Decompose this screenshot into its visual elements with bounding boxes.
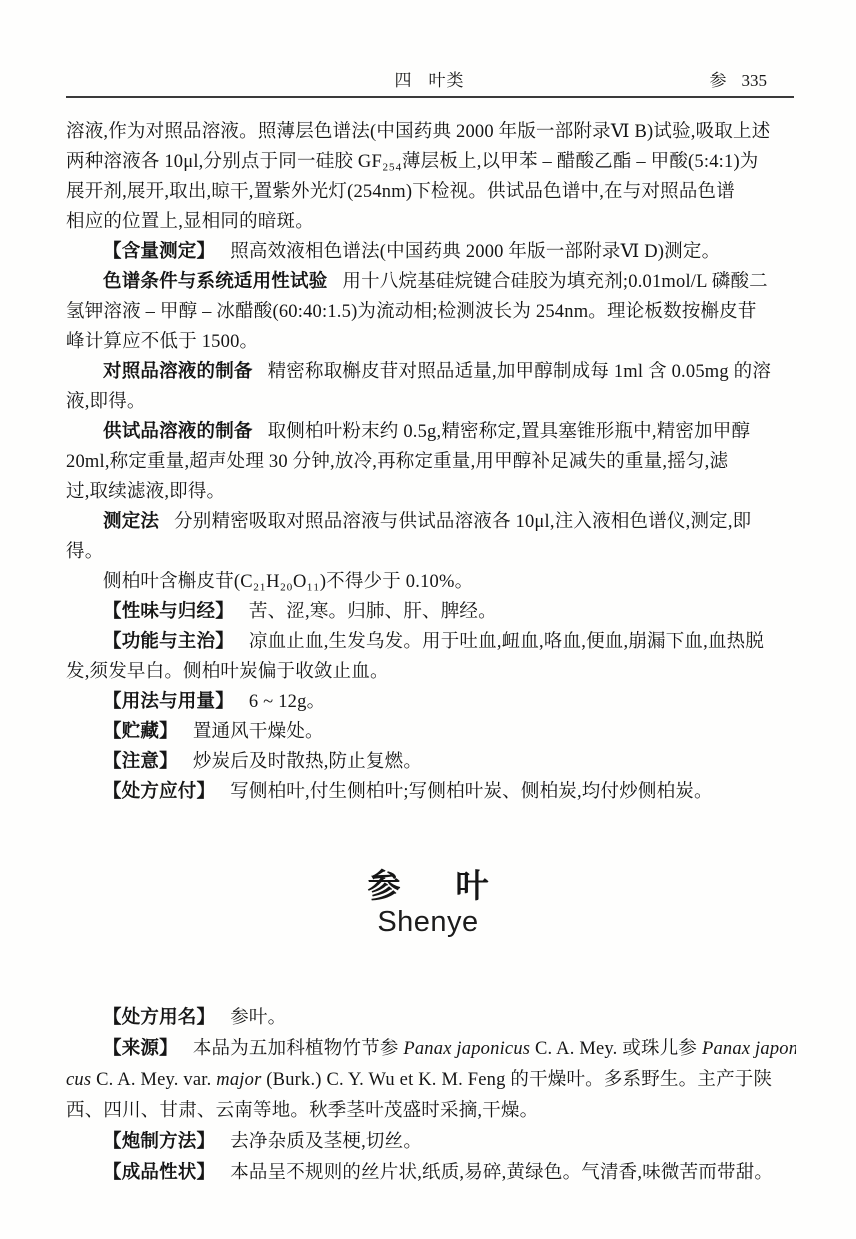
term-label: 【功能与主治】 [103, 632, 234, 652]
text-line: 【来源】本品为五加科植物竹节参 Panax japonicus C. A. Me… [66, 1034, 796, 1065]
text-segment: 西、四川、甘肃、云南等地。秋季茎叶茂盛时采摘,干燥。 [66, 1101, 538, 1121]
page-header-right: 参335 [710, 66, 768, 91]
text-line: 侧柏叶含槲皮苷(C₂₁H₂₀O₁₁)不得少于 0.10%。 [66, 567, 796, 597]
text-line: 氢钾溶液 – 甲醇 – 冰醋酸(60:40:1.5)为流动相;检测波长为 254… [66, 297, 796, 327]
text-line: 20ml,称定重量,超声处理 30 分钟,放冷,再称定重量,用甲醇补足减失的重量… [66, 447, 796, 477]
text-segment: cus [66, 1070, 91, 1090]
scanned-book-page: 四叶类 参335 溶液,作为对照品溶液。照薄层色谱法(中国药典 2000 年版一… [0, 0, 856, 1239]
text-line: 【成品性状】本品呈不规则的丝片状,纸质,易碎,黄绿色。气清香,味微苦而带甜。 [66, 1158, 796, 1189]
text-line: 【贮藏】置通风干燥处。 [66, 717, 796, 747]
text-segment: 凉血止血,生发乌发。用于吐血,衄血,咯血,便血,崩漏下血,血热脱 [249, 632, 764, 652]
text-segment: C. A. Mey. 或珠儿参 [530, 1039, 702, 1059]
text-line: 溶液,作为对照品溶液。照薄层色谱法(中国药典 2000 年版一部附录Ⅵ B)试验… [66, 117, 796, 147]
text-line: 西、四川、甘肃、云南等地。秋季茎叶茂盛时采摘,干燥。 [66, 1096, 796, 1127]
text-segment: 本品呈不规则的丝片状,纸质,易碎,黄绿色。气清香,味微苦而带甜。 [230, 1163, 773, 1183]
text-segment: 参叶。 [230, 1008, 286, 1028]
text-segment: 写侧柏叶,付生侧柏叶;写侧柏叶炭、侧柏炭,均付炒侧柏炭。 [230, 782, 713, 802]
text-line: 两种溶液各 10μl,分别点于同一硅胶 GF₂₅₄薄层板上,以甲苯 – 醋酸乙酯… [66, 147, 796, 177]
text-segment: 分别精密吸取对照品溶液与供试品溶液各 10μl,注入液相色谱仪,测定,即 [174, 512, 751, 532]
text-segment: 20ml,称定重量,超声处理 30 分钟,放冷,再称定重量,用甲醇补足减失的重量… [66, 452, 728, 472]
text-line: 对照品溶液的制备精密称取槲皮苷对照品适量,加甲醇制成每 1ml 含 0.05mg… [66, 357, 796, 387]
text-segment: 侧柏叶含槲皮苷(C₂₁H₂₀O₁₁)不得少于 0.10%。 [103, 572, 473, 592]
term-label: 【含量测定】 [103, 242, 215, 262]
term-label: 【处方应付】 [103, 782, 215, 802]
entry-index-marker: 参 [710, 71, 727, 90]
term-label: 【处方用名】 [103, 1008, 215, 1028]
text-line: 测定法分别精密吸取对照品溶液与供试品溶液各 10μl,注入液相色谱仪,测定,即 [66, 507, 796, 537]
term-label: 【注意】 [103, 752, 178, 772]
running-head: 四叶类 参335 [66, 66, 793, 92]
text-segment: 取侧柏叶粉末约 0.5g,精密称定,置具塞锥形瓶中,精密加甲醇 [268, 422, 751, 442]
text-segment: Panax japonicus [403, 1039, 530, 1059]
text-segment: 置通风干燥处。 [193, 722, 324, 742]
text-segment: 炒炭后及时散热,防止复燃。 [193, 752, 422, 772]
text-segment: 过,取续滤液,即得。 [66, 482, 225, 502]
term-label: 对照品溶液的制备 [103, 362, 253, 382]
text-line: 【功能与主治】凉血止血,生发乌发。用于吐血,衄血,咯血,便血,崩漏下血,血热脱 [66, 627, 796, 657]
header-divider-rule [66, 96, 794, 98]
text-line: 液,即得。 [66, 387, 796, 417]
text-line: 相应的位置上,显相同的暗斑。 [66, 207, 796, 237]
term-label: 【来源】 [103, 1039, 178, 1059]
term-label: 【贮藏】 [103, 722, 178, 742]
text-segment: major [216, 1070, 261, 1090]
text-segment: Panax japoni- [702, 1039, 796, 1059]
term-label: 【成品性状】 [103, 1163, 215, 1183]
page-number: 335 [742, 71, 768, 90]
text-segment: 峰计算应不低于 1500。 [66, 332, 258, 352]
text-segment: (Burk.) C. Y. Wu et K. M. Feng 的干燥叶。多系野生… [261, 1070, 772, 1090]
chapter-name: 叶类 [429, 71, 465, 90]
text-segment: 照高效液相色谱法(中国药典 2000 年版一部附录Ⅵ D)测定。 [230, 242, 720, 262]
text-line: 发,须发早白。侧柏叶炭偏于收敛止血。 [66, 657, 796, 687]
text-line: 【注意】炒炭后及时散热,防止复燃。 [66, 747, 796, 777]
text-segment: 氢钾溶液 – 甲醇 – 冰醋酸(60:40:1.5)为流动相;检测波长为 254… [66, 302, 757, 322]
text-line: 展开剂,展开,取出,晾干,置紫外光灯(254nm)下检视。供试品色谱中,在与对照… [66, 177, 796, 207]
monograph-start-text: 【处方用名】参叶。【来源】本品为五加科植物竹节参 Panax japonicus… [66, 1003, 796, 1189]
entry-title: 参叶 [0, 860, 856, 907]
text-line: 【用法与用量】6 ~ 12g。 [66, 687, 796, 717]
text-line: 【处方用名】参叶。 [66, 1003, 796, 1034]
text-line: cus C. A. Mey. var. major (Burk.) C. Y. … [66, 1065, 796, 1096]
text-segment: 液,即得。 [66, 392, 146, 412]
text-line: 【性味与归经】苦、涩,寒。归肺、肝、脾经。 [66, 597, 796, 627]
text-line: 【处方应付】写侧柏叶,付生侧柏叶;写侧柏叶炭、侧柏炭,均付炒侧柏炭。 [66, 777, 796, 807]
term-label: 色谱条件与系统适用性试验 [103, 272, 327, 292]
text-segment: 6 ~ 12g。 [249, 692, 325, 712]
monograph-end-text: 溶液,作为对照品溶液。照薄层色谱法(中国药典 2000 年版一部附录Ⅵ B)试验… [66, 117, 796, 807]
entry-pinyin: Shenye [0, 906, 856, 939]
text-line: 过,取续滤液,即得。 [66, 477, 796, 507]
text-line: 【炮制方法】去净杂质及茎梗,切丝。 [66, 1127, 796, 1158]
text-segment: 本品为五加科植物竹节参 [193, 1039, 404, 1059]
chapter-heading: 四叶类 [66, 66, 793, 91]
text-segment: 用十八烷基硅烷键合硅胶为填充剂;0.01mol/L 磷酸二 [342, 272, 767, 292]
chapter-number: 四 [395, 71, 413, 90]
term-label: 【炮制方法】 [103, 1132, 215, 1152]
text-segment: 溶液,作为对照品溶液。照薄层色谱法(中国药典 2000 年版一部附录Ⅵ B)试验… [66, 122, 770, 142]
text-segment: 苦、涩,寒。归肺、肝、脾经。 [249, 602, 497, 622]
term-label: 【性味与归经】 [103, 602, 234, 622]
text-segment: 精密称取槲皮苷对照品适量,加甲醇制成每 1ml 含 0.05mg 的溶 [268, 362, 771, 382]
text-line: 供试品溶液的制备取侧柏叶粉末约 0.5g,精密称定,置具塞锥形瓶中,精密加甲醇 [66, 417, 796, 447]
text-segment: 展开剂,展开,取出,晾干,置紫外光灯(254nm)下检视。供试品色谱中,在与对照… [66, 182, 735, 202]
text-segment: 发,须发早白。侧柏叶炭偏于收敛止血。 [66, 662, 389, 682]
term-label: 【用法与用量】 [103, 692, 234, 712]
text-line: 色谱条件与系统适用性试验用十八烷基硅烷键合硅胶为填充剂;0.01mol/L 磷酸… [66, 267, 796, 297]
text-segment: 得。 [66, 542, 103, 562]
text-segment: 两种溶液各 10μl,分别点于同一硅胶 GF₂₅₄薄层板上,以甲苯 – 醋酸乙酯… [66, 152, 759, 172]
text-segment: C. A. Mey. var. [91, 1070, 216, 1090]
text-line: 【含量测定】照高效液相色谱法(中国药典 2000 年版一部附录Ⅵ D)测定。 [66, 237, 796, 267]
text-line: 得。 [66, 537, 796, 567]
text-line: 峰计算应不低于 1500。 [66, 327, 796, 357]
term-label: 供试品溶液的制备 [103, 422, 253, 442]
text-segment: 相应的位置上,显相同的暗斑。 [66, 212, 314, 232]
text-segment: 去净杂质及茎梗,切丝。 [230, 1132, 422, 1152]
term-label: 测定法 [103, 512, 159, 532]
